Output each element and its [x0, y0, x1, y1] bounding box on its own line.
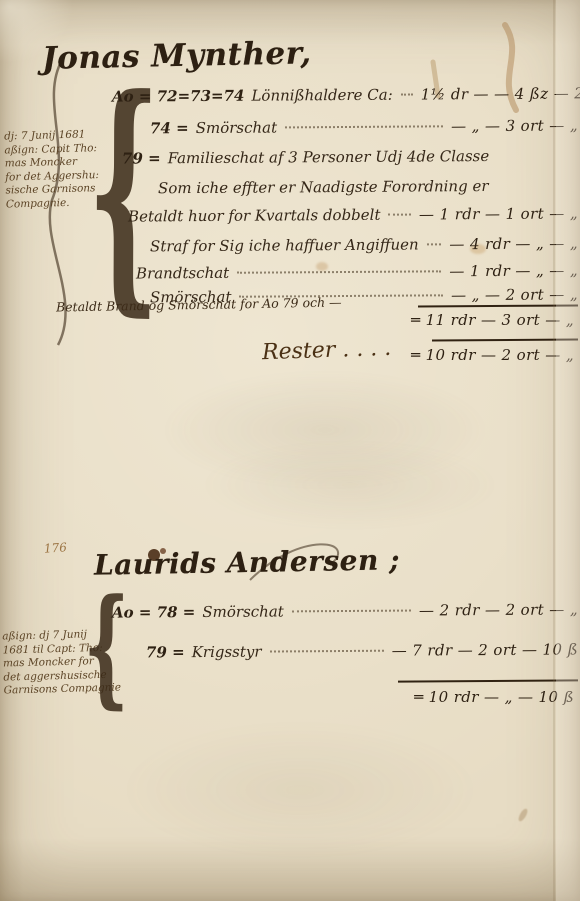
leader-dots: [237, 270, 441, 273]
show-through-stain: [120, 720, 480, 860]
line-years: Ao = 72=73=74: [112, 87, 245, 106]
marginal-number: 176: [44, 540, 68, 556]
line-label: Lönnißhaldere Ca:: [251, 86, 392, 105]
leader-dots: [292, 610, 411, 613]
manuscript-page: Jonas Mynther, dj: 7 Junij 1681 aßign: C…: [0, 0, 580, 901]
ledger-line: Betaldt huor for Kvartals dobbelt — 1 rd…: [112, 204, 578, 225]
line-label: Som iche effter er Naadigste Forordning …: [158, 177, 489, 197]
sum-amount-1: ═ 11 rdr — 3 ort — „: [411, 311, 574, 329]
ledger-line: 74 = Smörschat — „ — 3 ort — „: [112, 116, 578, 137]
ledger-line: Som iche effter er Naadigste Forordning …: [112, 176, 578, 197]
line-years: Ao = 78 =: [112, 603, 195, 622]
ledger-line: Brandtschat — 1 rdr — „ — „: [112, 261, 578, 282]
ledger-line: Straf for Sig iche haffuer Angiffuen — 4…: [112, 234, 578, 255]
line-years: 79 =: [146, 643, 185, 661]
line-label: Betaldt huor for Kvartals dobbelt: [128, 206, 381, 226]
rester-amount: ═ 10 rdr — 2 ort — „: [411, 346, 574, 364]
foxing-spot: [517, 807, 529, 822]
page-edge: [556, 0, 580, 901]
account-heading-2: Laurids Andersen ;: [94, 543, 400, 581]
line-years: 79 =: [122, 149, 161, 167]
leader-dots: [388, 214, 411, 216]
line-years: 74 =: [150, 119, 189, 137]
ledger-line: Ao = 72=73=74 Lönnißhaldere Ca: 1½ dr — …: [112, 84, 578, 105]
leader-dots: [427, 243, 442, 245]
line-label: Smörschat: [196, 118, 278, 137]
ledger-line: 79 = Familieschat af 3 Personer Udj 4de …: [112, 146, 578, 167]
show-through-stain: [200, 440, 500, 530]
leader-dots: [401, 94, 413, 96]
ledger-section-1: Ao = 72=73=74 Lönnißhaldere Ca: 1½ dr — …: [112, 82, 578, 322]
ledger-section-2: Ao = 78 = Smörschat — 2 rdr — 2 ort — „ …: [112, 598, 578, 688]
line-label: Krigsstyr: [192, 643, 262, 661]
leader-dots: [270, 650, 384, 653]
line-label: Familieschat af 3 Personer Udj 4de Class…: [168, 147, 490, 167]
page-crease: [553, 0, 555, 901]
sum-amount-2: ═ 10 rdr — „ — 10 ß: [414, 688, 574, 706]
ledger-line: 79 = Krigsstyr — 7 rdr — 2 ort — 10 ß: [112, 640, 578, 661]
line-label: Brandtschat: [136, 264, 229, 283]
rester-label: Rester . . . .: [262, 336, 392, 365]
line-label: Smörschat: [202, 602, 284, 621]
leader-dots: [285, 125, 443, 128]
line-amount: — 7 rdr — 2 ort — 10 ß: [392, 640, 578, 659]
line-label: Straf for Sig iche haffuer Angiffuen: [150, 235, 419, 255]
show-through-stain: [160, 370, 490, 490]
account-heading-1: Jonas Mynther,: [42, 35, 312, 77]
ledger-line: Ao = 78 = Smörschat — 2 rdr — 2 ort — „: [112, 600, 578, 621]
